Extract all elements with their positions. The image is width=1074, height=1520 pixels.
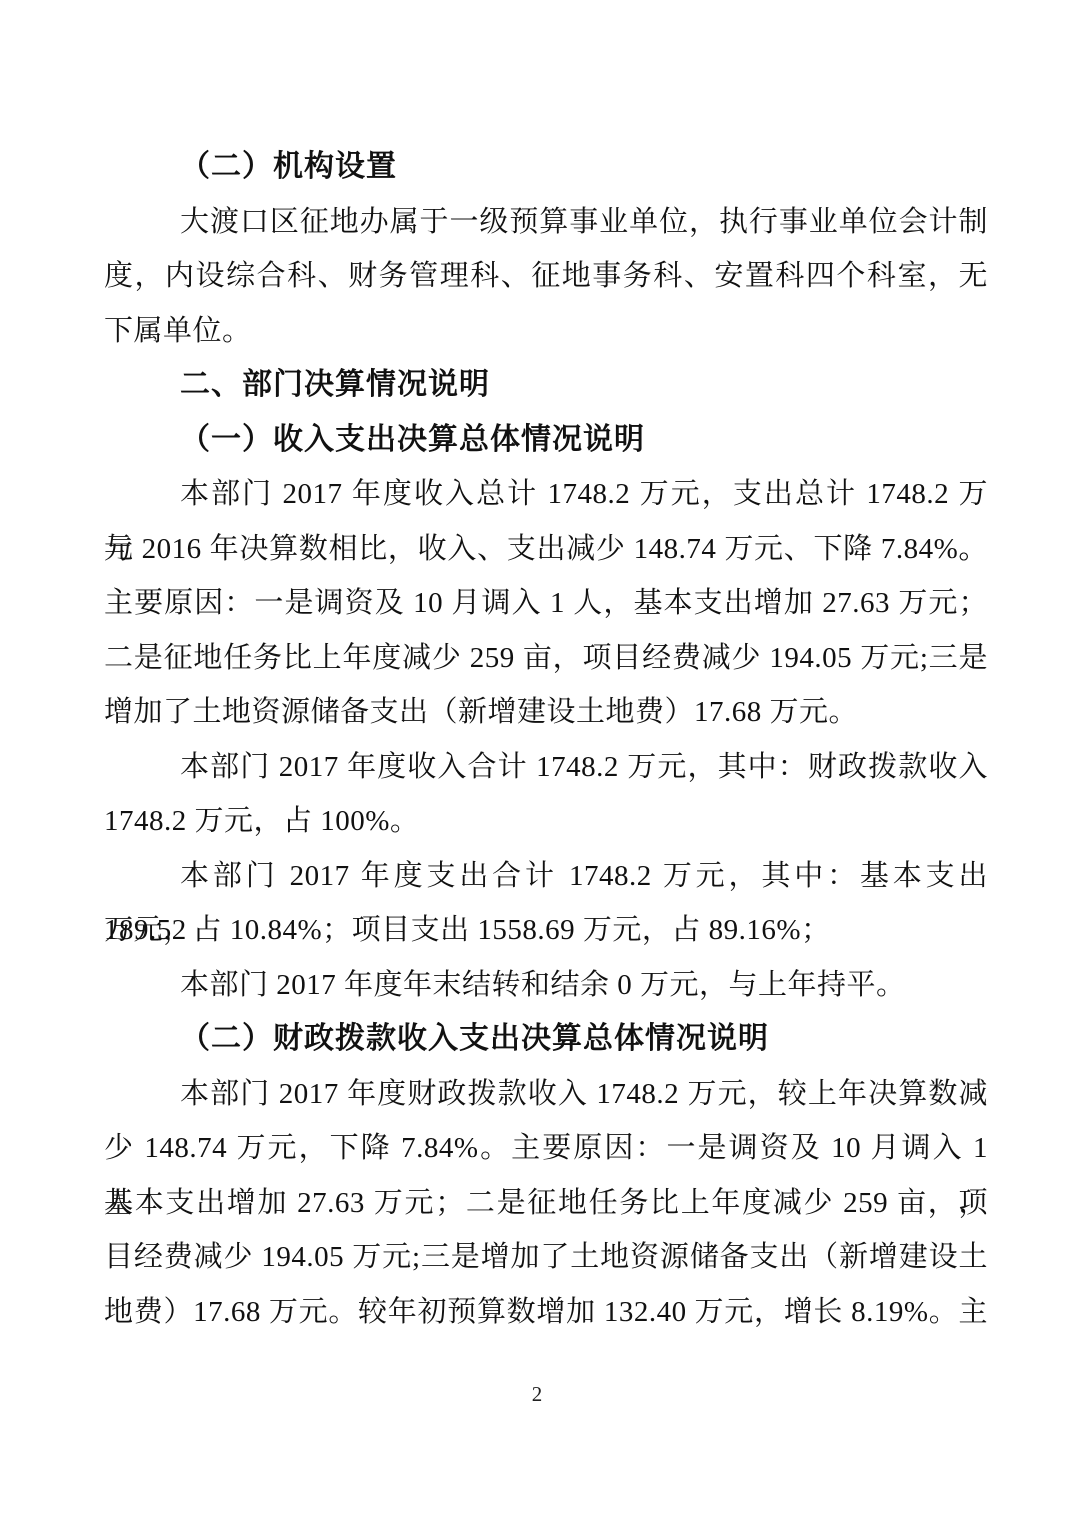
paragraph-line: 1748.2 万元，占 100%。 <box>104 794 988 849</box>
paragraph-line: 主要原因：一是调资及 10 月调入 1 人，基本支出增加 27.63 万元； <box>104 576 988 631</box>
section-heading: （二）财政拨款收入支出决算总体情况说明 <box>104 1012 988 1067</box>
paragraph-line: 二是征地任务比上年度减少 259 亩，项目经费减少 194.05 万元;三是 <box>104 631 988 686</box>
paragraph-line: 下属单位。 <box>104 304 988 359</box>
section-heading: 二、部门决算情况说明 <box>104 358 988 413</box>
paragraph-line: 与 2016 年决算数相比，收入、支出减少 148.74 万元、下降 7.84%… <box>104 522 988 577</box>
paragraph-line: 少 148.74 万元，下降 7.84%。主要原因：一是调资及 10 月调入 1… <box>104 1121 988 1176</box>
paragraph-line: 大渡口区征地办属于一级预算事业单位，执行事业单位会计制 <box>104 195 988 250</box>
page-number: 2 <box>0 1378 1074 1410</box>
paragraph-line: 本部门 2017 年度收入总计 1748.2 万元，支出总计 1748.2 万元… <box>104 467 988 522</box>
paragraph-line: 度，内设综合科、财务管理科、征地事务科、安置科四个科室，无 <box>104 249 988 304</box>
paragraph-line: 地费）17.68 万元。较年初预算数增加 132.40 万元，增长 8.19%。… <box>104 1285 988 1340</box>
paragraph-line: 基本支出增加 27.63 万元；二是征地任务比上年度减少 259 亩，项 <box>104 1176 988 1231</box>
paragraph-line: 万元，占 10.84%；项目支出 1558.69 万元，占 89.16%； <box>104 903 988 958</box>
section-heading: （二）机构设置 <box>104 140 988 195</box>
paragraph-line: 本部门 2017 年度财政拨款收入 1748.2 万元，较上年决算数减 <box>104 1067 988 1122</box>
document-content: （二）机构设置大渡口区征地办属于一级预算事业单位，执行事业单位会计制度，内设综合… <box>104 140 988 1339</box>
paragraph-line: 本部门 2017 年度年末结转和结余 0 万元，与上年持平。 <box>104 958 988 1013</box>
document-page: （二）机构设置大渡口区征地办属于一级预算事业单位，执行事业单位会计制度，内设综合… <box>0 0 1074 1520</box>
paragraph-line: 目经费减少 194.05 万元;三是增加了土地资源储备支出（新增建设土 <box>104 1230 988 1285</box>
section-heading: （一）收入支出决算总体情况说明 <box>104 413 988 468</box>
paragraph-line: 增加了土地资源储备支出（新增建设土地费）17.68 万元。 <box>104 685 988 740</box>
paragraph-line: 本部门 2017 年度支出合计 1748.2 万元，其中：基本支出 189.52 <box>104 849 988 904</box>
paragraph-line: 本部门 2017 年度收入合计 1748.2 万元，其中：财政拨款收入 <box>104 740 988 795</box>
